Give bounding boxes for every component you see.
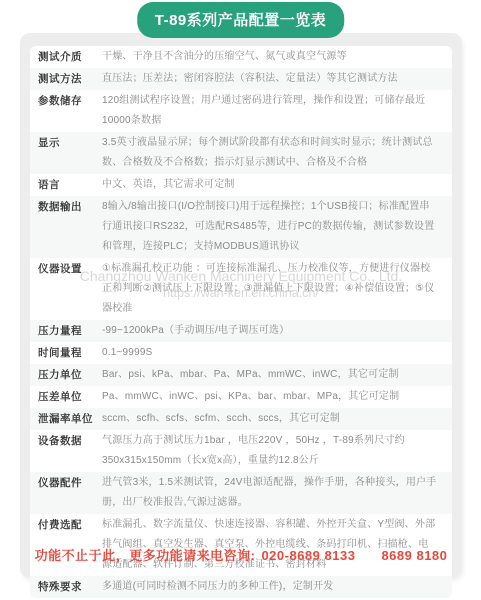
spec-table: 测试介质干燥、干净且不含油分的压缩空气、氮气或真空气源等测试方法直压法；压差法；… <box>30 46 452 598</box>
row-label: 压差单位 <box>38 387 102 407</box>
table-row: 压力单位Bar、psi、kPa、mbar、Pa、MPa、mmWC、inWC，其它… <box>30 364 452 386</box>
table-row: 压差单位Pa、mmWC、inWC、psi、KPa、bar、mbar、MPa，其它… <box>30 386 452 408</box>
row-label: 压力量程 <box>38 321 102 341</box>
footer-note: 功能不止于此，更多功能请来电咨询:020-8689 81338689 8180 <box>20 545 462 564</box>
row-value: 0.1~9999S <box>102 343 452 363</box>
row-label: 仪器配件 <box>38 473 102 493</box>
table-row: 显示3.5英寸液晶显示屏；每个测试阶段都有状态和时间实时显示；统计测试总数、合格… <box>30 132 452 174</box>
row-label: 付费选配 <box>38 515 102 535</box>
table-row: 设备数据气源压力高于测试压力1bar ，电压220V ，50Hz ，T-89系列… <box>30 430 452 472</box>
page-title: T-89系列产品配置一览表 <box>137 2 345 38</box>
table-row: 数据输出8输入/8输出接口(I/O控制接口)用于远程操控；1个USB接口；标准配… <box>30 196 452 258</box>
row-value: 3.5英寸液晶显示屏；每个测试阶段都有状态和时间实时显示；统计测试总数、合格数及… <box>102 133 452 173</box>
row-value: 120组测试程序设置；用户通过密码进行管理，操作和设置；可储存最近10000条数… <box>102 91 452 131</box>
row-value: 干燥、干净且不含油分的压缩空气、氮气或真空气源等 <box>102 47 452 67</box>
page: T-89系列产品配置一览表 测试介质干燥、干净且不含油分的压缩空气、氮气或真空气… <box>0 0 481 600</box>
row-value: Bar、psi、kPa、mbar、Pa、MPa、mmWC、inWC，其它可定制 <box>102 365 452 385</box>
row-value: -99~1200kPa（手动调压/电子调压可选） <box>102 321 452 341</box>
footer-phone-2: 8689 8180 <box>381 548 447 563</box>
row-value: 进气管3米，1.5米测试管，24V电源适配器，操作手册，各种接头，用户手册，出厂… <box>102 473 452 513</box>
row-value: 中文、英语，其它需求可定制 <box>102 175 452 195</box>
table-row: 测试方法直压法；压差法；密闭容腔法（容积法、定量法）等其它测试方法 <box>30 68 452 90</box>
row-value: Pa、mmWC、inWC、psi、KPa、bar、mbar、MPa，其它可定制 <box>102 387 452 407</box>
row-label: 特殊要求 <box>38 577 102 597</box>
footer-phone-1: 020-8689 8133 <box>261 548 355 563</box>
row-value: 气源压力高于测试压力1bar ，电压220V ，50Hz ，T-89系列尺寸约3… <box>102 431 452 471</box>
table-row: 时间量程0.1~9999S <box>30 342 452 364</box>
row-value: sccm、scfh、scfs、scfm、scch、sccs，其它可定制 <box>102 409 452 429</box>
table-row: 仪器配件进气管3米，1.5米测试管，24V电源适配器，操作手册，各种接头，用户手… <box>30 472 452 514</box>
row-label: 数据输出 <box>38 197 102 217</box>
table-row: 语言中文、英语，其它需求可定制 <box>30 174 452 196</box>
row-label: 仪器设置 <box>38 259 102 279</box>
table-row: 压力量程-99~1200kPa（手动调压/电子调压可选） <box>30 320 452 342</box>
table-row: 参数储存120组测试程序设置；用户通过密码进行管理，操作和设置；可储存最近100… <box>30 90 452 132</box>
footer-text: 功能不止于此，更多功能请来电咨询: <box>35 548 256 563</box>
row-label: 设备数据 <box>38 431 102 451</box>
spec-card: 测试介质干燥、干净且不含油分的压缩空气、氮气或真空气源等测试方法直压法；压差法；… <box>20 33 462 578</box>
row-value: 8输入/8输出接口(I/O控制接口)用于远程操控；1个USB接口；标准配置串行通… <box>102 197 452 257</box>
row-value: ①标准漏孔校正功能 ：可连接标准漏孔、压力校准仪等，方便进行仪器校正和判断②测试… <box>102 259 452 319</box>
table-row: 泄漏率单位sccm、scfh、scfs、scfm、scch、sccs，其它可定制 <box>30 408 452 430</box>
table-row: 特殊要求多通道(可同时检测不同压力的多种工件)，定制开发 <box>30 576 452 598</box>
row-value: 直压法；压差法；密闭容腔法（容积法、定量法）等其它测试方法 <box>102 69 452 89</box>
table-row: 仪器设置①标准漏孔校正功能 ：可连接标准漏孔、压力校准仪等，方便进行仪器校正和判… <box>30 258 452 320</box>
row-label: 测试方法 <box>38 69 102 89</box>
row-label: 参数储存 <box>38 91 102 111</box>
table-row: 测试介质干燥、干净且不含油分的压缩空气、氮气或真空气源等 <box>30 46 452 68</box>
row-label: 泄漏率单位 <box>38 409 102 429</box>
row-label: 时间量程 <box>38 343 102 363</box>
row-value: 多通道(可同时检测不同压力的多种工件)，定制开发 <box>102 577 452 597</box>
row-label: 显示 <box>38 133 102 153</box>
row-label: 测试介质 <box>38 47 102 67</box>
row-label: 压力单位 <box>38 365 102 385</box>
row-label: 语言 <box>38 175 102 195</box>
